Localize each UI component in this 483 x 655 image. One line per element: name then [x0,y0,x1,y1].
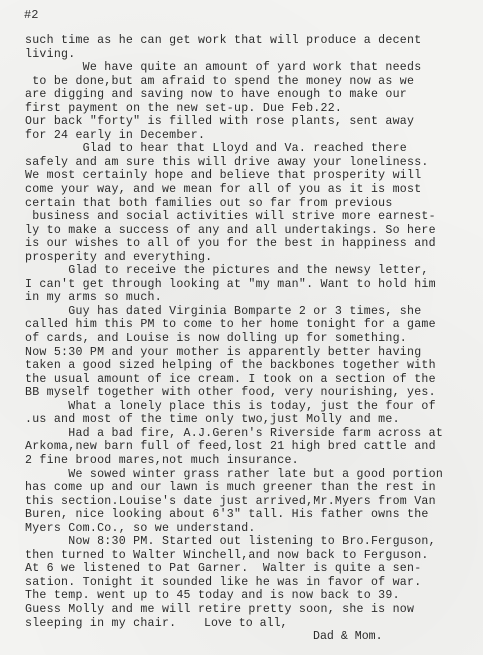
text-line: safely and am sure this will drive away … [25,156,480,170]
text-line: Now 5:30 PM and your mother is apparentl… [25,346,480,360]
signature: Dad & Mom. [313,630,383,643]
text-line: taken a good sized helping of the backbo… [25,359,480,373]
text-line: in my arms so much. [25,291,480,305]
text-line: this section.Louise's date just arrived,… [25,495,480,509]
text-line: Guess Molly and me will retire pretty so… [25,603,480,617]
text-line: certain that both families out so far fr… [25,197,480,211]
text-line: Glad to receive the pictures and the new… [25,264,480,278]
text-line: .us and most of the time only two,just M… [25,413,480,427]
text-line: is our wishes to all of you for the best… [25,237,480,251]
text-line: the usual amount of ice cream. I took on… [25,373,480,387]
text-line: The temp. went up to 45 today and is now… [25,589,480,603]
text-line: come your way, and we mean for all of yo… [25,183,480,197]
closing: Love to all, [204,617,288,630]
text-line: Myers Com.Co., so we understand. [25,522,480,536]
text-line: We most certainly hope and believe that … [25,169,480,183]
text-line: Our back "forty" is filled with rose pla… [25,115,480,129]
text-line: to be done,but am afraid to spend the mo… [25,75,480,89]
text-line: prosperity and everything. [25,251,480,265]
text-line: living. [25,48,480,62]
text-line: Now 8:30 PM. Started out listening to Br… [25,535,480,549]
text-line: I can't get through looking at "my man".… [25,278,480,292]
letter-body: such time as he can get work that will p… [25,34,480,630]
text-line: Had a bad fire, A.J.Geren's Riverside fa… [25,427,480,441]
text-line: What a lonely place this is today, just … [25,400,480,414]
text-line: such time as he can get work that will p… [25,34,480,48]
page-number: #2 [24,8,38,22]
text-line: sation. Tonight it sounded like he was i… [25,576,480,590]
text-line: Glad to hear that Lloyd and Va. reached … [25,142,480,156]
text-line: BB myself together with other food, very… [25,386,480,400]
text-line: We have quite an amount of yard work tha… [25,61,480,75]
text-line: We sowed winter grass rather late but a … [25,468,480,482]
text-line: then turned to Walter Winchell,and now b… [25,549,480,563]
text-line: for 24 early in December. [25,129,480,143]
text-line: 2 fine brood mares,not much insurance. [25,454,480,468]
text-line: first payment on the new set-up. Due Feb… [25,102,480,116]
letter-page: #2 such time as he can get work that wil… [0,0,483,655]
text-line: are digging and saving now to have enoug… [25,88,480,102]
text-line: business and social activities will stri… [25,210,480,224]
text-line: ly to make a success of any and all unde… [25,224,480,238]
text-line: called him this PM to come to her home t… [25,318,480,332]
text-line: At 6 we listened to Pat Garner. Walter i… [25,562,480,576]
text-line: Guy has dated Virginia Bomparte 2 or 3 t… [25,305,480,319]
text-line: has come up and our lawn is much greener… [25,481,480,495]
text-line: Arkoma,new barn full of feed,lost 21 hig… [25,440,480,454]
text-line: of cards, and Louise is now dolling up f… [25,332,480,346]
text-line: Buren, nice looking about 6'3" tall. His… [25,508,480,522]
